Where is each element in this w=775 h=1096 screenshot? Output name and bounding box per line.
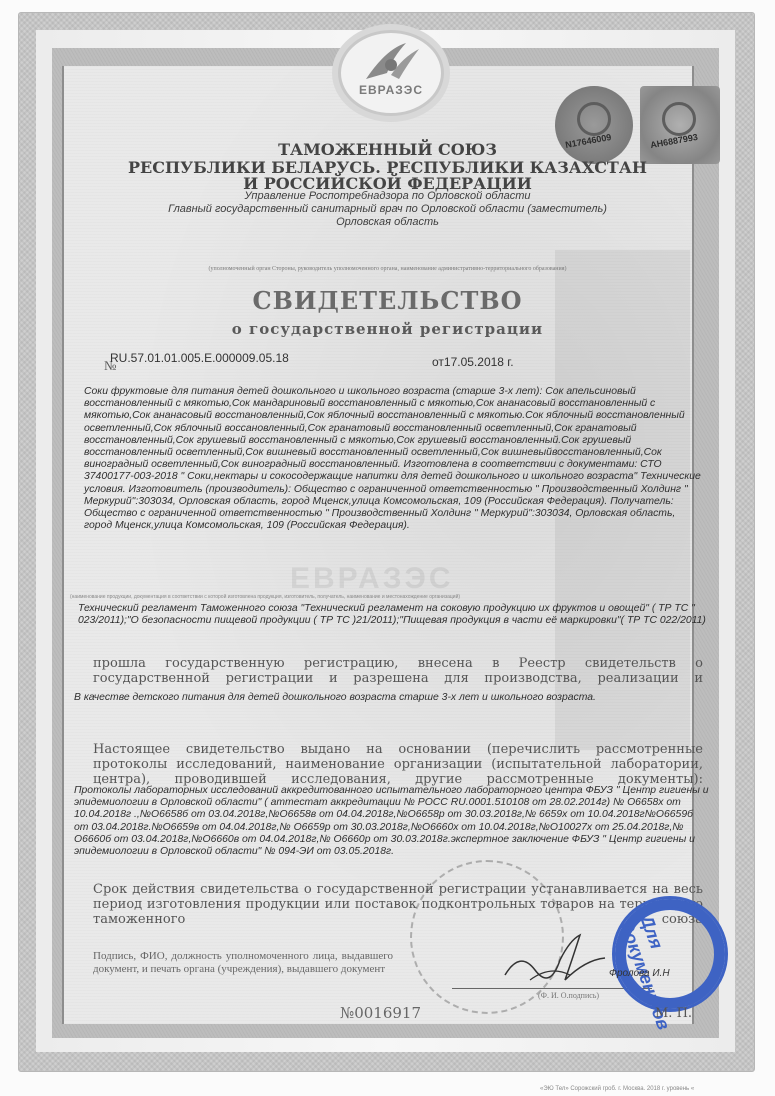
- registration-statement: прошла государственную регистрацию, внес…: [93, 656, 703, 686]
- validity-statement: Срок действия свидетельства о государств…: [93, 882, 703, 927]
- union-title-line1: ТАМОЖЕННЫЙ СОЮЗ: [0, 140, 775, 159]
- issuing-official: Главный государственный санитарный врач …: [0, 203, 775, 215]
- printer-imprint: «ЭЮ Тел» Сорожский гроб. г. Москва. 2018…: [540, 1086, 694, 1092]
- intended-use: В качестве детского питания для детей до…: [74, 692, 714, 704]
- issuing-region: Орловская область: [0, 216, 775, 228]
- blank-serial-number: №0016917: [340, 1004, 421, 1022]
- registration-date: от17.05.2018 г.: [432, 355, 514, 369]
- signature-caption: (Ф. И. О.подпись): [538, 991, 599, 1000]
- seal-place-mark: М. П.: [655, 1006, 692, 1021]
- eurasec-watermark: ЕВРАЗЭС: [290, 562, 454, 596]
- technical-reglaments: Технический регламент Таможенного союза …: [78, 603, 708, 627]
- basis-statement: Настоящее свидетельство выдано на основа…: [93, 742, 703, 787]
- document-title: СВИДЕТЕЛЬСТВО: [0, 286, 775, 315]
- eurasec-emblem: ЕВРАЗЭС: [338, 30, 444, 116]
- authority-caption: (уполномоченный орган Стороны, руководит…: [0, 266, 775, 272]
- signature-icon: [500, 930, 610, 990]
- eurasec-emblem-icon: [361, 39, 421, 85]
- lab-protocols: Протоколы лабораторных исследований аккр…: [74, 785, 709, 858]
- document-subtitle: о государственной регистрации: [0, 320, 775, 338]
- products-caption: (наименование продукции, документация в …: [70, 594, 710, 600]
- hologram-icon: [662, 102, 696, 136]
- emblem-label: ЕВРАЗЭС: [341, 83, 441, 97]
- signer-name: Фролова И.Н: [609, 968, 670, 979]
- signature-line: [452, 988, 652, 989]
- registration-number: RU.57.01.01.005.E.000009.05.18: [110, 351, 289, 365]
- products-description: Соки фруктовые для питания детей дошколь…: [84, 386, 706, 532]
- signature-label: Подпись, ФИО, должность уполномоченного …: [93, 950, 393, 976]
- issuing-authority: Управление Роспотребнадзора по Орловской…: [0, 190, 775, 202]
- hologram-icon: [577, 102, 611, 136]
